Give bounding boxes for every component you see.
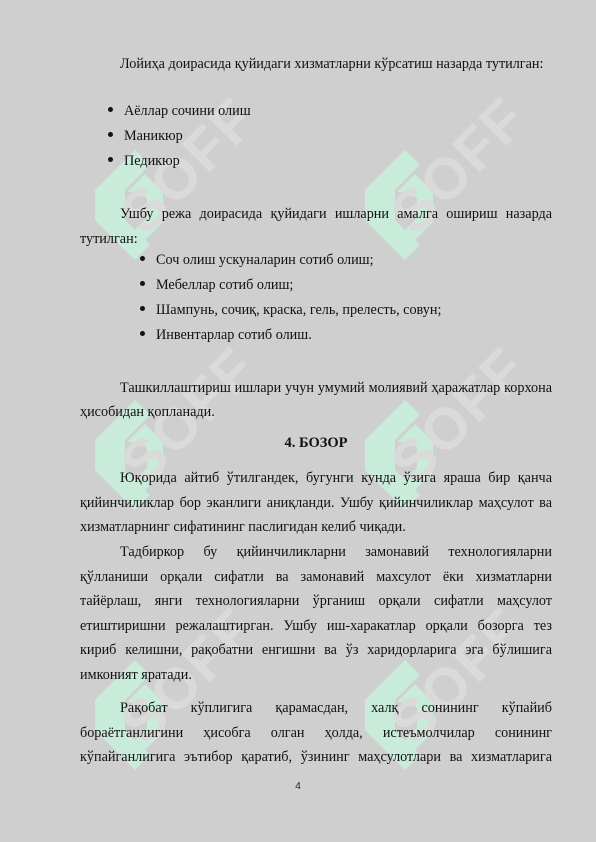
bullet-icon [140,256,145,261]
service-item: Аёллар сочини олиш [108,103,251,120]
intro-paragraph: Лойиҳа доирасида қуйидаги хизматларни кў… [80,52,552,77]
document-page: SOFFSOFFSOFFSOFFSOFFSOFF Лойиҳа доирасид… [0,0,596,842]
plan-item: Инвентарлар сотиб олиш. [140,327,312,344]
bullet-icon [108,132,113,137]
plan-item: Соч олиш ускуналарин сотиб олиш; [140,252,374,269]
paragraph-line: қийинчиликлар бор эканлиги аниқланди. Уш… [80,491,552,516]
bullet-icon [140,306,145,311]
paragraph-line: бораётганлигини ҳисобга олган ҳолда, ист… [80,721,552,746]
service-item: Маникюр [108,128,183,145]
paragraph-line: Юқорида айтиб ўтилгандек, бугунги кунда … [80,466,552,491]
plan-intro-line: Ушбу режа доирасида қуйидаги ишларни ама… [80,202,552,227]
paragraph-line: кириб келишни, рақобатни енгишни ва ўз х… [80,638,552,663]
bullet-icon [140,331,145,336]
paragraph-line: Тадбиркор бу қийинчиликларни замонавий т… [80,540,552,565]
bullet-icon [108,157,113,162]
paragraph-line: имконият яратади. [80,663,552,688]
paragraph-line: Рақобат кўплигига қарамасдан, халқ сонин… [80,696,552,721]
section-heading: 4. БОЗОР [80,435,552,452]
bullet-icon [108,107,113,112]
paragraph-line: қўлланиши орқали сифатли ва замонавий ма… [80,565,552,590]
paragraph-line: кўпайганлигига эътибор қаратиб, ўзининг … [80,745,552,770]
funding-line: Ташкиллаштириш ишлари учун умумий молияв… [80,376,552,401]
paragraph-line: хизматларнинг сифатининг паслигидан кели… [80,515,552,540]
paragraph-line: тайёрлаш, янги технологияларни ўрганиш о… [80,589,552,614]
page-number: 4 [0,781,596,792]
plan-item: Мебеллар сотиб олиш; [140,277,293,294]
funding-line: ҳисобидан қопланади. [80,400,552,425]
bullet-icon [140,281,145,286]
service-item: Педикюр [108,153,180,170]
plan-intro-line: тутилган: [80,227,552,252]
plan-item: Шампунь, сочиқ, краска, гель, прелесть, … [140,302,441,319]
paragraph-line: етиштиришни режалаштирган. Ушбу иш-харак… [80,614,552,639]
